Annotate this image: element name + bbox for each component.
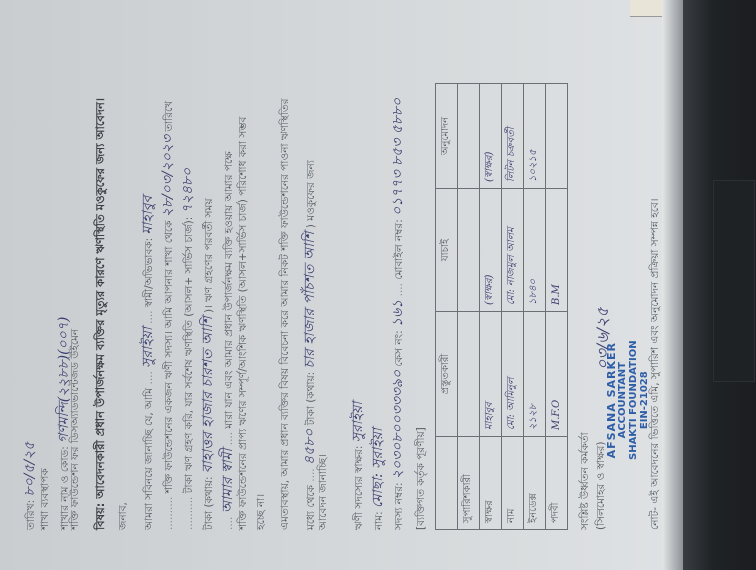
table-cell: ২১২৮ <box>524 312 546 437</box>
table-cell <box>458 312 480 437</box>
table-cell: M.F.O <box>546 312 568 437</box>
column-header: যাচাই <box>436 189 458 312</box>
salutation: জনাব, <box>116 502 133 530</box>
recipient-line-3: শক্তি ফাউন্ডেশন ফর ডিসঅ্যাডভান্টেজড উইমে… <box>68 329 85 530</box>
table-heading: [ব্যক্তিগত কর্তৃক পূরণীয়] <box>414 427 431 530</box>
text: তারিখে <box>163 101 175 132</box>
label: মোবাইল নম্বর: <box>393 219 405 279</box>
column-header: প্রস্তুতকারী <box>436 312 458 437</box>
waiver-words: চার হাজার পাঁচশত আশি <box>302 232 318 369</box>
table-cell: লিটন চক্রবর্তী <box>502 84 524 189</box>
table-cell: স্বাক্ষর <box>480 437 502 530</box>
text: আমরা সবিনয়ে জানাচ্ছি যে, আমি <box>143 388 155 530</box>
table-cell <box>458 189 480 312</box>
member-name: মোছা: সুরাইয়া <box>370 428 386 508</box>
stamp-title: ACCOUNTANT <box>617 340 628 460</box>
footer-note: নোট- এই আবেদনের ভিত্তিতে এমি, সুপারিশ এব… <box>648 198 665 530</box>
member-number: ২০৩০৮০০৩৩৩৯০ <box>390 370 406 479</box>
column-header: অনুমোদন <box>436 84 458 189</box>
body-line-10: আবেদন জানাচ্ছি। <box>316 454 333 530</box>
dots: .... <box>223 517 235 530</box>
table-cell: ইনডেক্স <box>524 437 546 530</box>
table-cell: মো: নাজমুল আলম <box>502 189 524 312</box>
dots: .... <box>393 283 405 296</box>
table-cell: মো: আমিনুল <box>502 312 524 437</box>
subject-line: বিষয়: আবেদনকারী প্রধান উপার্জনক্ষম ব্যক… <box>92 98 111 530</box>
accountant-stamp: AFSANA SARKER ACCOUNTANT SHAKTI FOUNDATI… <box>606 340 650 460</box>
table-row: সুপারিশকারী <box>458 84 480 530</box>
subject-text: আবেদনকারী প্রধান উপার্জনক্ষম ব্যক্তির মৃ… <box>93 98 107 499</box>
deceased-relation: আমার স্বামী <box>220 449 236 514</box>
loan-date: ২৮/০৩/২০২৩ <box>160 135 176 217</box>
surface-object <box>713 180 755 382</box>
text: স্বামী/অভিভাবক: <box>143 238 155 307</box>
member-signature: সুরাইয়া <box>350 402 366 443</box>
column-header <box>436 437 458 530</box>
body-line-8: এমতাবস্থায়, আমার প্রধান ব্যক্তির বিষয় … <box>278 99 295 531</box>
mobile-number: ০১৭৭৩ ৮৫৩ ৫৮৮০ <box>390 98 406 216</box>
member-number-line: সদস্য নম্বর: ২০৩০৮০০৩৩৩৯০ কেস নং: ১৬১ ..… <box>386 98 410 530</box>
text: টাকা (কথায়: <box>305 372 317 426</box>
applicant-name: সুরাইয়া <box>140 327 156 368</box>
text: )। ঋণ গ্রহণের পরবর্তী সময় <box>203 198 215 313</box>
table-cell: ১০২১৫ <box>524 84 546 189</box>
text: টাকা (কথায়: <box>203 476 215 530</box>
application-form: তারিখ: ৮০/৫/২৫ শাখা ব্যবস্থাপক শাখার নাম… <box>0 0 660 570</box>
dots: .... <box>143 371 155 384</box>
date-value: ৮০/৫/২৫ <box>22 442 38 497</box>
text: টাকা ঋণ গ্রহণ করি, যার সর্বশেষ ঋণস্থিতি … <box>183 217 195 494</box>
table-cell <box>458 84 480 189</box>
balance-words: বাহাত্তর হাজার চারশত আশি <box>200 316 216 473</box>
text: মারা যান এবং আমার প্রধান উপার্জনক্ষম ব্য… <box>223 151 235 428</box>
dots: .... <box>143 311 155 324</box>
table-cell: ১৮৪০ <box>524 189 546 312</box>
guardian-name: মাহাবুব <box>140 196 156 235</box>
subject-label: বিষয়: <box>93 503 107 530</box>
table-row: পদবীM.F.OB.M <box>546 84 568 530</box>
table-row: ইনডেক্স২১২৮১৮৪০১০২১৫ <box>524 84 546 530</box>
text: ) মওকুফের জন্য <box>305 160 317 228</box>
table-row: স্বাক্ষরমাহাবুব(স্বাক্ষর)(স্বাক্ষর) <box>480 84 502 530</box>
label: কেস নং: <box>393 330 405 366</box>
table-cell: পদবী <box>546 437 568 530</box>
dots: .... <box>223 432 235 445</box>
text: শক্তি ফাউন্ডেশনের একজন ঋণী সদস্য। আমি আপ… <box>163 221 175 494</box>
stamp-name: AFSANA SARKER <box>606 340 617 460</box>
dots: .......... <box>183 497 195 530</box>
label: ঋণী সদস্যের স্বাক্ষর: <box>353 446 365 530</box>
table-cell: (স্বাক্ষর) <box>480 189 502 312</box>
dots: .......... <box>163 497 175 530</box>
approval-table: প্রস্তুতকারী যাচাই অনুমোদন সুপারিশকারীস্… <box>435 83 568 530</box>
case-number: ১৬১ <box>390 300 406 327</box>
loan-balance: ৭২৪৮০ <box>180 168 196 213</box>
table-cell: নাম <box>502 437 524 530</box>
body-line-7: হচ্ছে না। <box>254 494 271 530</box>
body-line-6: শক্তি ফাউন্ডেশনের প্রাপ্য ঋণের সম্পূর্ণ/… <box>236 117 253 530</box>
dark-surface <box>683 0 756 570</box>
table-cell: মাহাবুব <box>480 312 502 437</box>
table-cell <box>546 84 568 189</box>
table-row: নামমো: আমিনুলমো: নাজমুল আলমলিটন চক্রবর্ত… <box>502 84 524 530</box>
officer-line: সংশ্লিষ্ট উর্ধ্বতন কর্মকর্তা <box>578 432 595 530</box>
table-header-row: প্রস্তুতকারী যাচাই অনুমোদন <box>436 84 458 530</box>
table-cell: B.M <box>546 189 568 312</box>
table-cell: সুপারিশকারী <box>458 437 480 530</box>
paper-edge <box>662 0 684 570</box>
label: সদস্য নম্বর: <box>393 482 405 530</box>
stamp-org: SHAKTI FOUNDATION <box>628 340 639 460</box>
label: নাম: <box>373 511 385 530</box>
date-label: তারিখ: <box>25 500 37 530</box>
table-cell: (স্বাক্ষর) <box>480 84 502 189</box>
